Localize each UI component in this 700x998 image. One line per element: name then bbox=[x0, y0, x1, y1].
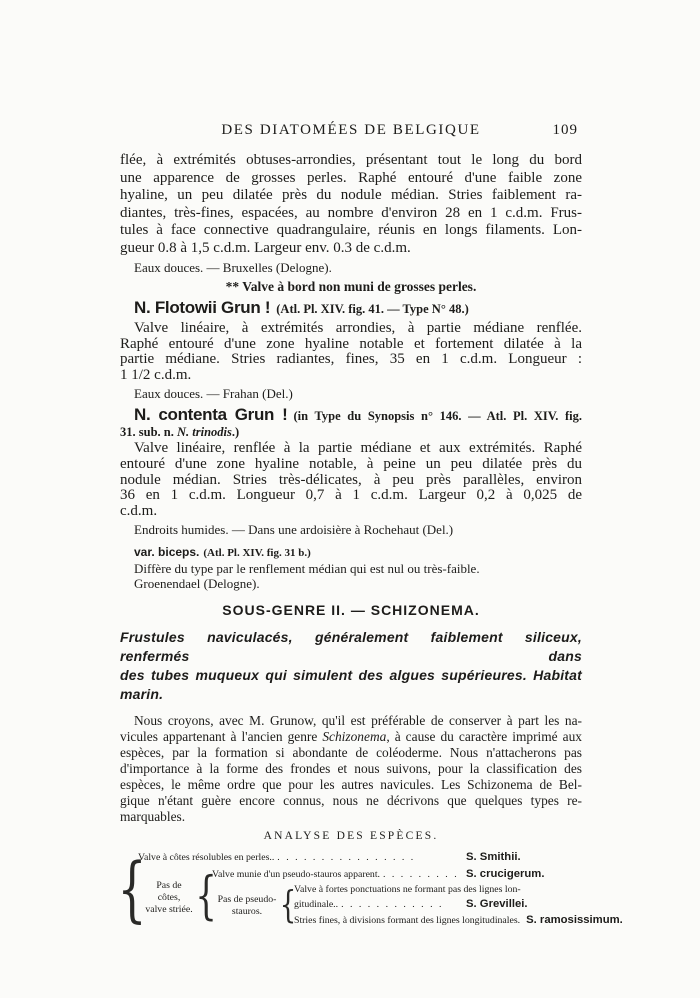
text-line: partie médiane. Stries radiantes, fines,… bbox=[120, 352, 582, 368]
key-description-continued: gitudinale.. . . . . . . . . . . . . S. … bbox=[294, 897, 582, 912]
key-level-2: Valve munie d'un pseudo-stauros apparent… bbox=[212, 866, 582, 929]
text-line: gueur 0.8 à 1,5 c.d.m. Largeur env. 0.3 … bbox=[120, 240, 582, 258]
genus-name-italic: Schizonema bbox=[322, 729, 386, 744]
label-line: Pas de bbox=[141, 880, 197, 892]
species-result: S. Grevillei. bbox=[466, 898, 582, 910]
text-line: 1 1/2 c.d.m. bbox=[120, 368, 582, 384]
species-description-flotowii: Valve linéaire, à extrémités arrondies, … bbox=[120, 321, 582, 383]
genus-diagnosis: Frustules naviculacés, généralement faib… bbox=[120, 628, 582, 704]
variety-description: Diffère du type par le renflement médian… bbox=[134, 561, 582, 576]
dot-leader: . . . . . . . . . . bbox=[383, 869, 463, 881]
text-line: flée, à extrémités obtuses-arrondies, pr… bbox=[120, 152, 582, 170]
label-line: stauros. bbox=[215, 906, 279, 918]
key-description: Valve à côtes résolubles en perles.. bbox=[138, 852, 274, 864]
key-row-smithii: Valve à côtes résolubles en perles.. . .… bbox=[138, 849, 582, 866]
label-line: côtes, bbox=[141, 892, 197, 904]
key-group-label: Pas de pseudo- stauros. bbox=[212, 894, 282, 918]
key-level-1: Valve à côtes résolubles en perles.. . .… bbox=[138, 849, 582, 929]
species-description-contenta: Valve linéaire, renflée à la partie médi… bbox=[120, 441, 582, 519]
variety-location: Groenendael (Delogne). bbox=[134, 576, 582, 591]
key-row-crucigerum: Valve munie d'un pseudo-stauros apparent… bbox=[212, 866, 582, 883]
variety-heading: var. biceps.(Atl. Pl. XIV. fig. 31 b.) bbox=[134, 544, 582, 561]
text-line: espèces, par la formation si abondante d… bbox=[120, 745, 582, 761]
key-level-3: Valve à fortes ponctuations ne formant p… bbox=[294, 883, 582, 929]
outer-brace: { bbox=[126, 861, 138, 918]
variety-name: var. biceps. bbox=[134, 545, 199, 559]
text-line: d'importance à la forme des frondes et n… bbox=[120, 761, 582, 777]
key-group-no-stauros: Pas de pseudo- stauros. { Valve à fortes… bbox=[212, 883, 582, 929]
species-result: S. crucigerum. bbox=[466, 868, 582, 880]
text-line: c.d.m. bbox=[120, 504, 582, 520]
page-number: 109 bbox=[553, 122, 579, 139]
text-line: des tubes muqueux qui simulent des algue… bbox=[120, 666, 582, 704]
label-line: valve striée. bbox=[141, 904, 197, 916]
inner-brace: { bbox=[282, 891, 294, 921]
text-line: hyaline, un peu dilatée près du nodule m… bbox=[120, 187, 582, 205]
reference-text: .) bbox=[232, 425, 239, 439]
analyse-title: ANALYSE DES ESPÈCES. bbox=[120, 830, 582, 842]
running-head: DES DIATOMÉES DE BELGIQUE 109 bbox=[120, 122, 582, 140]
book-page: DES DIATOMÉES DE BELGIQUE 109 flée, à ex… bbox=[0, 0, 700, 998]
species-name: N. contenta Grun ! bbox=[134, 405, 287, 424]
text-line: marquables. bbox=[120, 809, 582, 825]
species-heading-line1: N. contenta Grun !(in Type du Synopsis n… bbox=[120, 406, 582, 425]
text-line: gique n'étant guère encore connus, nous … bbox=[120, 793, 582, 809]
page-header-title: DES DIATOMÉES DE BELGIQUE bbox=[120, 122, 582, 139]
species-result: S. Smithii. bbox=[466, 851, 582, 863]
text-line: diantes, très-fines, espacées, au nombre… bbox=[120, 205, 582, 223]
text-segment: vicules appartenant à l'ancien genre bbox=[120, 729, 322, 744]
species-heading-line2: 31. sub. n. N. trinodis.) bbox=[120, 425, 582, 439]
species-heading-flotowii: N. Flotowii Grun !(Atl. Pl. XIV. fig. 41… bbox=[120, 298, 582, 319]
species-heading-contenta: N. contenta Grun !(in Type du Synopsis n… bbox=[120, 406, 582, 439]
dot-leader: . . . . . . . . . . . . . . . . bbox=[277, 852, 463, 864]
text-line: Nous croyons, avec M. Grunow, qu'il est … bbox=[120, 713, 582, 729]
text-line: 36 en 1 c.d.m. Longueur 0,7 à 1 c.d.m. L… bbox=[120, 488, 582, 504]
species-name: N. Flotowii Grun ! bbox=[134, 298, 270, 317]
key-group-label: Pas de côtes, valve striée. bbox=[138, 880, 200, 916]
text-line: Frustules naviculacés, généralement faib… bbox=[120, 628, 582, 666]
text-line: espèces, le même ordre que pour les autr… bbox=[120, 777, 582, 793]
dot-leader: . . . . . . . . . . . . bbox=[341, 899, 463, 911]
label-line: Pas de pseudo- bbox=[215, 894, 279, 906]
sous-genre-heading: SOUS-GENRE II. — SCHIZONEMA. bbox=[120, 602, 582, 618]
key-row-grevillei: Valve à fortes ponctuations ne formant p… bbox=[294, 883, 582, 912]
middle-brace: { bbox=[200, 877, 212, 918]
text-line: Valve linéaire, renflée à la partie médi… bbox=[120, 441, 582, 457]
species-reference: (in Type du Synopsis n° 146. — Atl. Pl. … bbox=[293, 409, 582, 423]
paragraph-continuation: flée, à extrémités obtuses-arrondies, pr… bbox=[120, 152, 582, 257]
key-description-wrap: Valve à fortes ponctuations ne formant p… bbox=[294, 883, 582, 897]
key-description: Stries fines, à divisions formant des li… bbox=[294, 915, 520, 927]
species-key: { Valve à côtes résolubles en perles.. .… bbox=[126, 849, 582, 929]
habitat-note-rochehaut: Endroits humides. — Dans une ardoisière … bbox=[120, 522, 582, 537]
key-description: Valve munie d'un pseudo-stauros apparent… bbox=[212, 869, 380, 881]
text-line: nodule médian. Stries très-délicates, à … bbox=[120, 473, 582, 489]
text-segment: , à cause du caractère imprimé aux bbox=[386, 729, 582, 744]
species-result: S. ramosissimum. bbox=[526, 914, 642, 926]
text-line: vicules appartenant à l'ancien genre Sch… bbox=[120, 729, 582, 745]
text-line: une apparence de grosses perles. Raphé e… bbox=[120, 170, 582, 188]
key-row-ramosissimum: Stries fines, à divisions formant des li… bbox=[294, 912, 582, 929]
text-line: Valve linéaire, à extrémités arrondies, … bbox=[120, 321, 582, 337]
text-line: Raphé entouré d'une zone hyaline notable… bbox=[120, 337, 582, 353]
commentary-paragraph: Nous croyons, avec M. Grunow, qu'il est … bbox=[120, 713, 582, 825]
text-line: tules à face connective quadrangulaire, … bbox=[120, 222, 582, 240]
variety-biceps-block: var. biceps.(Atl. Pl. XIV. fig. 31 b.) D… bbox=[120, 544, 582, 591]
group-subheading: ** Valve à bord non muni de grosses perl… bbox=[120, 279, 582, 295]
key-description: gitudinale.. bbox=[294, 899, 338, 911]
text-line: entouré d'une zone hyaline notable, à pe… bbox=[120, 457, 582, 473]
reference-synonym-italic: N. trinodis bbox=[177, 425, 232, 439]
variety-reference: (Atl. Pl. XIV. fig. 31 b.) bbox=[203, 547, 310, 559]
habitat-note-frahan: Eaux douces. — Frahan (Del.) bbox=[120, 386, 582, 401]
reference-text: 31. sub. n. bbox=[120, 425, 177, 439]
key-group-no-ribs: Pas de côtes, valve striée. { Valve muni… bbox=[138, 866, 582, 929]
text-column: DES DIATOMÉES DE BELGIQUE 109 flée, à ex… bbox=[120, 0, 582, 929]
habitat-note-bruxelles: Eaux douces. — Bruxelles (Delogne). bbox=[120, 260, 582, 275]
species-reference: (Atl. Pl. XIV. fig. 41. — Type N° 48.) bbox=[276, 302, 469, 316]
